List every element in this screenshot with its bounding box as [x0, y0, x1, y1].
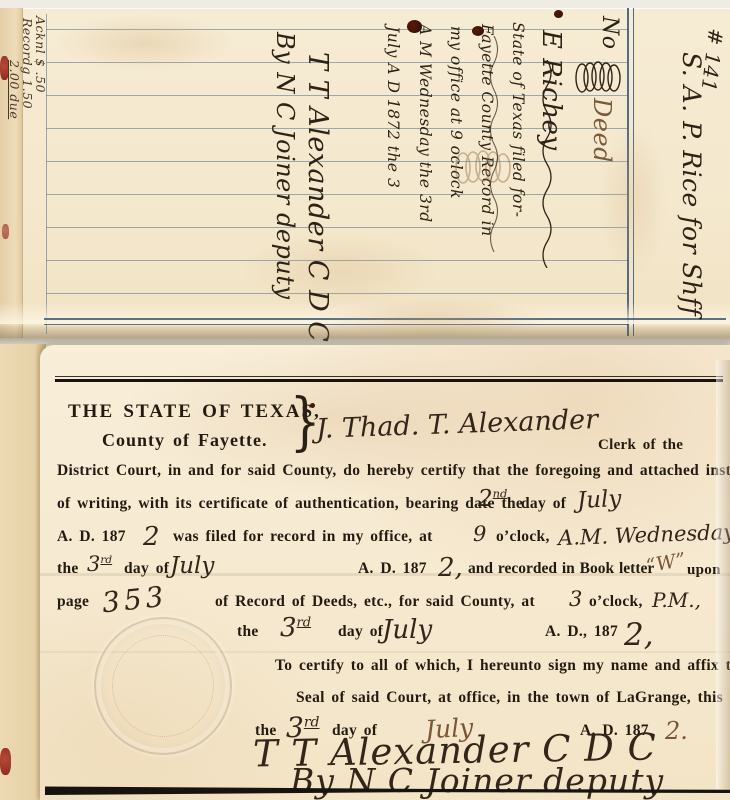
fee-note: 2.00 due	[7, 60, 22, 119]
record-month-entry: July	[382, 615, 432, 645]
certify-line-1: To certify to all of which, I hereunto s…	[275, 657, 730, 675]
embossed-court-seal	[94, 617, 232, 755]
record-day-entry: 3rd	[280, 613, 311, 643]
right-margin-line-inner	[633, 8, 635, 336]
page-label: page	[57, 593, 89, 611]
ad-187-label: A. D. 187	[57, 528, 126, 546]
docket-clerk-signature: T T Alexander C D C	[302, 52, 333, 342]
seal-inner-ring	[112, 635, 214, 737]
filed-meridiem-entry: A.M. Wednesday	[558, 520, 730, 550]
flourish-loops-faint	[455, 148, 511, 188]
sign-year-entry: 2.	[665, 717, 688, 745]
filed-day: 3	[87, 552, 100, 576]
filed-month-entry: July	[170, 553, 214, 579]
bearing-month-entry: July	[576, 486, 622, 514]
record-hour-entry: 3	[569, 587, 582, 611]
filed-year-entry: 2	[143, 522, 160, 552]
bearing-day-ordinal: nd	[493, 486, 508, 500]
ledger-page: # 141 S. A. P. Rice for Shff No Deed E R…	[0, 8, 730, 338]
flourish-loops	[575, 58, 621, 98]
the-label: the	[57, 560, 79, 578]
page-number-entry: 353	[100, 580, 169, 620]
deputy-signature: By N C Joiner deputy	[290, 761, 664, 800]
clerk-title: Clerk of the	[598, 437, 683, 454]
docket-no-label: No	[597, 16, 622, 50]
docket-grantor: S. A. P. Rice for Shff	[677, 52, 706, 316]
record-year-entry: 2,	[438, 553, 463, 583]
bottom-rule-1	[44, 318, 726, 320]
docket-filing-line: State of Texas filed for-	[509, 22, 527, 217]
day-of-label: day of	[521, 495, 566, 513]
certificate-form: THE STATE OF TEXAS, County of Fayette. }…	[40, 345, 730, 800]
recorded-in-label: and recorded in Book letter	[468, 560, 654, 578]
record-day: 3	[280, 613, 297, 643]
ink-dot	[310, 403, 315, 408]
wax-mark	[0, 748, 11, 775]
filed-day-ordinal: rd	[100, 554, 112, 566]
bottom-rule-2	[44, 324, 628, 326]
form-right-edge-shadow	[716, 360, 730, 790]
filed-day-entry: 3rd	[87, 552, 112, 576]
docket-filing-line: A M Wednesday the 3rd	[416, 24, 434, 223]
certify-line-2: Seal of said Court, at office, in the to…	[296, 689, 723, 707]
the-label: the	[237, 623, 259, 641]
day-of-label: day of	[124, 560, 169, 578]
body-line-2: of writing, with its certificate of auth…	[57, 495, 523, 513]
scanned-document: # 141 S. A. P. Rice for Shff No Deed E R…	[0, 0, 730, 800]
flourish-wave	[488, 36, 500, 252]
sign-day-ordinal: rd	[304, 715, 320, 731]
oclock-label: o’clock,	[496, 528, 550, 546]
top-double-rule	[55, 376, 723, 383]
bearing-day: 2	[478, 486, 493, 512]
wax-mark	[2, 224, 9, 239]
state-heading: THE STATE OF TEXAS,	[68, 401, 321, 423]
docket-deed-label: Deed	[588, 98, 616, 163]
record-year2-entry: 2,	[624, 617, 654, 653]
body-line-1: District Court, in and for said County, …	[57, 462, 730, 480]
bearing-day-entry: 2nd	[478, 486, 507, 512]
flourish-wave	[540, 60, 554, 268]
clerk-name-handwritten: J. Thad. T. Alexander	[316, 404, 599, 445]
right-margin-line-outer	[627, 8, 629, 336]
ad-comma-187-label: A. D., 187	[545, 623, 618, 641]
of-record-label: of Record of Deeds, etc., for said Count…	[215, 593, 535, 611]
docket-deputy-signature: By N C Joiner deputy	[271, 32, 299, 300]
fold-highlight	[0, 302, 730, 324]
ad-187-label: A. D. 187	[358, 560, 427, 578]
ink-blot	[554, 10, 563, 18]
page-edge-shadow	[0, 326, 730, 346]
record-day-ordinal: rd	[297, 615, 312, 630]
oclock-label: o’clock,	[589, 593, 643, 611]
filed-hour-entry: 9	[473, 522, 486, 546]
county-heading: County of Fayette.	[102, 430, 267, 451]
record-meridiem-entry: P.M.,	[652, 588, 701, 612]
fee-note: Recordg 1.50	[20, 18, 35, 109]
was-filed-label: was filed for record in my office, at	[173, 528, 433, 546]
day-of-label: day of	[338, 623, 383, 641]
fee-note: Acknl $ .50	[33, 16, 48, 93]
docket-filing-line: July A D 1872 the 3	[384, 26, 402, 188]
